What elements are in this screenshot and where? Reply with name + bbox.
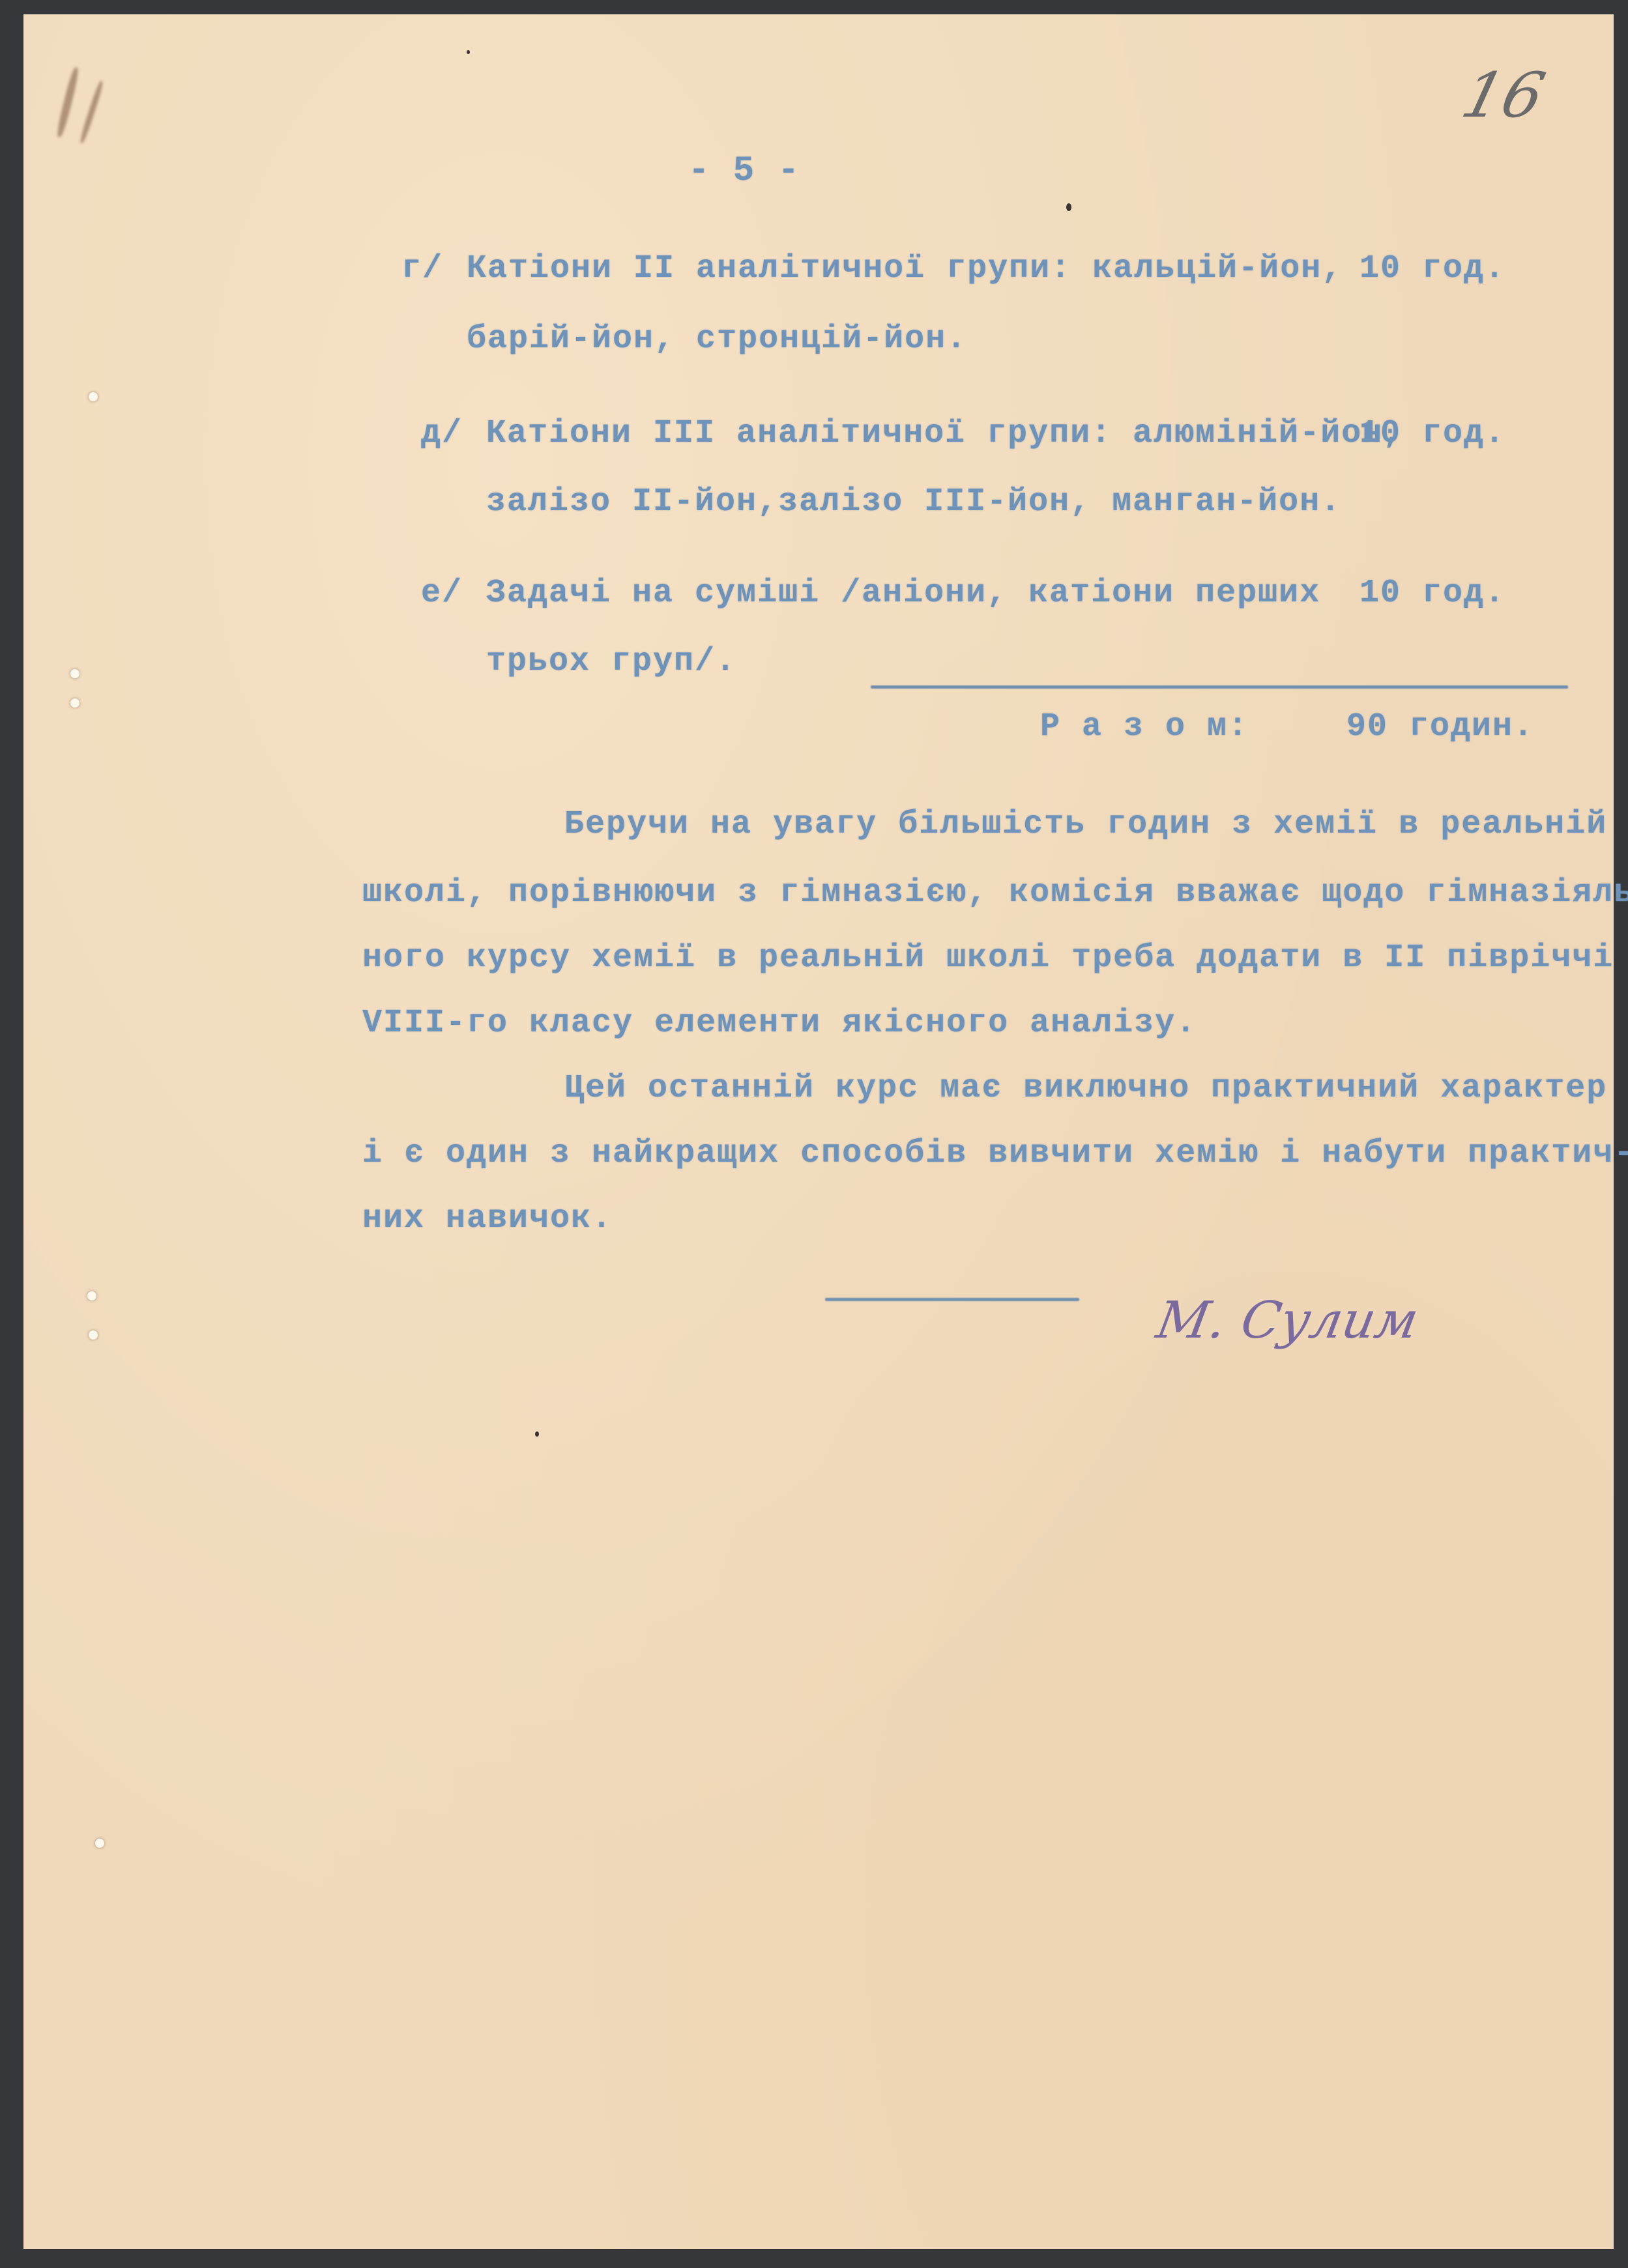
page-number: - 5 -: [688, 151, 800, 191]
paragraph-line: Цей останній курс має виключно практични…: [564, 1070, 1607, 1107]
item-line: трьох груп/.: [486, 643, 736, 680]
punch-hole: [89, 1330, 98, 1340]
margin-stain: [55, 66, 80, 138]
item-marker: г/: [401, 250, 443, 287]
item-line: Катіони III аналітичної групи: алюміній-…: [486, 415, 1404, 452]
speck: [467, 50, 470, 54]
paragraph-line: VIII-го класу елементи якісного аналізу.: [362, 1005, 1197, 1042]
item-line: Задачі на суміші /аніони, катіони перших: [486, 575, 1320, 612]
total-label: Р а з о м:: [1040, 708, 1249, 745]
paragraph-line: ного курсу хемії в реальній школі треба …: [362, 940, 1614, 977]
speck: [1066, 203, 1071, 211]
punch-hole: [89, 392, 98, 401]
item-line: залізо II-йон,залізо III-йон, манган-йон…: [486, 483, 1341, 521]
punch-hole: [70, 698, 80, 708]
punch-hole: [87, 1291, 96, 1300]
margin-stain: [79, 80, 104, 144]
item-marker: д/: [421, 415, 463, 452]
punch-hole: [70, 669, 80, 678]
total-divider: [871, 685, 1568, 689]
paragraph-line: школі, порівнюючи з гімназією, комісія в…: [362, 874, 1628, 912]
paragraph-line: і є один з найкращих способів вивчити хе…: [362, 1135, 1628, 1172]
document-page: 16 - 5 - г/ Катіони II аналітичної групи…: [23, 14, 1614, 2249]
punch-hole: [95, 1839, 104, 1848]
signature: М. Сулим: [1152, 1291, 1423, 1350]
speck: [535, 1431, 539, 1437]
item-hours: 10 год.: [1359, 415, 1505, 452]
item-hours: 10 год.: [1359, 250, 1505, 287]
paragraph-line: них навичок.: [362, 1200, 613, 1237]
total-value: 90 годин.: [1346, 708, 1534, 745]
item-marker: е/: [421, 575, 463, 612]
item-hours: 10 год.: [1359, 575, 1505, 612]
closing-divider: [825, 1298, 1079, 1301]
item-line: барій-йон, стронцій-йон.: [467, 321, 967, 358]
paragraph-line: Беручи на увагу більшість годин з хемії …: [564, 806, 1607, 843]
archive-folio-number: 16: [1455, 60, 1551, 132]
item-line: Катіони II аналітичної групи: кальцій-йо…: [467, 250, 1343, 287]
